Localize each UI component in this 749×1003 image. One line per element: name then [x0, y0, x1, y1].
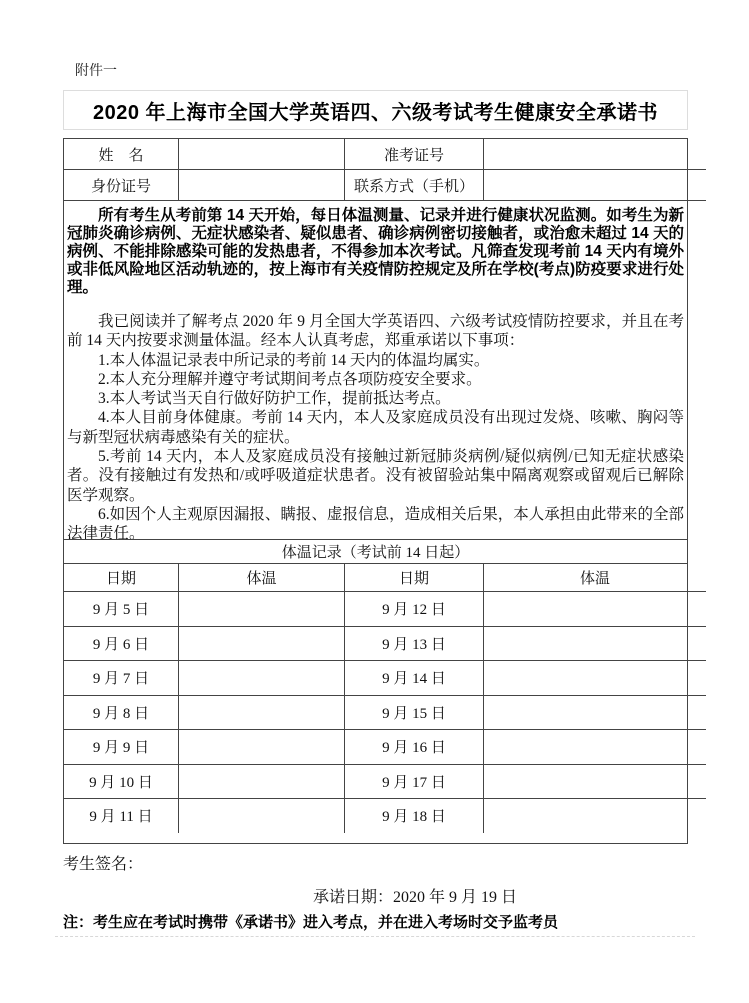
date-cell: 9 月 7 日 [64, 661, 179, 696]
id-number-value-cell [179, 170, 345, 201]
date-cell: 9 月 5 日 [64, 592, 179, 627]
temp-value-cell [179, 661, 345, 696]
pledge-intro-paragraph: 我已阅读并了解考点 2020 年 9 月全国大学英语四、六级考试疫情防控要求，并… [67, 312, 684, 351]
admission-no-label: 准考证号 [345, 139, 484, 170]
pledge-item: 6.如因个人主观原因漏报、瞒报、虚报信息，造成相关后果，本人承担由此带来的全部法… [67, 505, 684, 539]
temp-value-cell [484, 661, 707, 696]
candidate-info-table: 姓 名 准考证号 身份证号 联系方式（手机） [64, 139, 706, 201]
date-cell: 9 月 9 日 [64, 730, 179, 765]
temp-value-cell [484, 626, 707, 661]
page-bottom-divider [55, 936, 695, 937]
temp-value-cell [484, 730, 707, 765]
candidate-signature-label: 考生签名： [63, 851, 143, 874]
temp-value-cell [179, 626, 345, 661]
temp-value-cell [179, 799, 345, 833]
date-column-header: 日期 [64, 564, 179, 592]
info-row: 身份证号 联系方式（手机） [64, 170, 706, 201]
temp-value-cell [484, 592, 707, 627]
temperature-row: 9 月 11 日 9 月 18 日 [64, 799, 706, 833]
temperature-row: 9 月 7 日 9 月 14 日 [64, 661, 706, 696]
temperature-row: 9 月 8 日 9 月 15 日 [64, 695, 706, 730]
date-cell: 9 月 16 日 [345, 730, 484, 765]
temp-value-cell [179, 592, 345, 627]
pledge-item: 1.本人体温记录表中所记录的考前 14 天内的体温均属实。 [67, 351, 684, 370]
page-title: 2020 年上海市全国大学英语四、六级考试考生健康安全承诺书 [93, 96, 658, 125]
pledge-item: 5.考前 14 天内，本人及家庭成员没有接触过新冠肺炎病例/疑似病例/已知无症状… [67, 447, 684, 505]
phone-value-cell [484, 170, 707, 201]
temperature-row: 9 月 10 日 9 月 17 日 [64, 764, 706, 799]
pledge-item: 2.本人充分理解并遵守考试期间考点各项防疫安全要求。 [67, 370, 684, 389]
pledge-date-line: 承诺日期：2020 年 9 月 19 日 [313, 884, 517, 907]
pledge-text-block: 所有考生从考前第 14 天开始，每日体温测量、记录并进行健康状况监测。如考生为新… [64, 201, 687, 539]
temp-column-header: 体温 [484, 564, 707, 592]
name-label: 姓 名 [64, 139, 179, 170]
date-cell: 9 月 6 日 [64, 626, 179, 661]
temperature-row: 9 月 6 日 9 月 13 日 [64, 626, 706, 661]
pledge-item: 3.本人考试当天自行做好防护工作，提前抵达考点。 [67, 389, 684, 408]
date-cell: 9 月 10 日 [64, 764, 179, 799]
admission-no-value-cell [484, 139, 707, 170]
temperature-row: 9 月 5 日 9 月 12 日 [64, 592, 706, 627]
attachment-label: 附件一 [75, 60, 117, 80]
date-cell: 9 月 17 日 [345, 764, 484, 799]
pledge-form-frame: 姓 名 准考证号 身份证号 联系方式（手机） 所有考生从考前第 14 天开始，每… [63, 138, 688, 844]
temp-value-cell [484, 799, 707, 833]
date-cell: 9 月 11 日 [64, 799, 179, 833]
info-row: 姓 名 准考证号 [64, 139, 706, 170]
date-cell: 9 月 14 日 [345, 661, 484, 696]
temp-value-cell [179, 695, 345, 730]
date-cell: 9 月 15 日 [345, 695, 484, 730]
temp-value-cell [484, 695, 707, 730]
date-column-header: 日期 [345, 564, 484, 592]
id-number-label: 身份证号 [64, 170, 179, 201]
temperature-table: 日期 体温 日期 体温 9 月 5 日 9 月 12 日 9 月 6 日 9 月… [64, 564, 706, 833]
date-cell: 9 月 12 日 [345, 592, 484, 627]
pledge-item: 4.本人目前身体健康。考前 14 天内，本人及家庭成员没有出现过发烧、咳嗽、胸闷… [67, 408, 684, 447]
temperature-row: 9 月 9 日 9 月 16 日 [64, 730, 706, 765]
phone-label: 联系方式（手机） [345, 170, 484, 201]
date-cell: 9 月 13 日 [345, 626, 484, 661]
temp-value-cell [484, 764, 707, 799]
date-cell: 9 月 8 日 [64, 695, 179, 730]
temp-column-header: 体温 [179, 564, 345, 592]
temperature-header-row: 日期 体温 日期 体温 [64, 564, 706, 592]
title-box: 2020 年上海市全国大学英语四、六级考试考生健康安全承诺书 [63, 90, 688, 130]
temperature-record-title: 体温记录（考试前 14 日起） [64, 539, 687, 564]
name-value-cell [179, 139, 345, 170]
temp-value-cell [179, 730, 345, 765]
health-notice-paragraph: 所有考生从考前第 14 天开始，每日体温测量、记录并进行健康状况监测。如考生为新… [67, 207, 684, 297]
temp-value-cell [179, 764, 345, 799]
footer-note: 注：考生应在考试时携带《承诺书》进入考点，并在进入考场时交予监考员 [63, 911, 558, 932]
date-cell: 9 月 18 日 [345, 799, 484, 833]
